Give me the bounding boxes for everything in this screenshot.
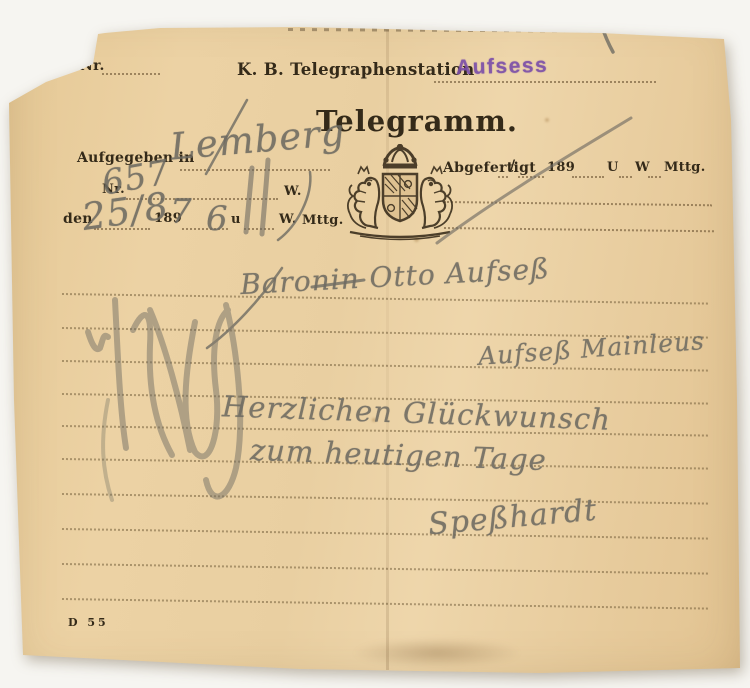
- handwritten-message-line-2: zum heutigen Tage: [249, 433, 547, 477]
- date-fill-line-3: [244, 227, 274, 230]
- dispatch-fill-b: [518, 175, 544, 178]
- ruled-line: [62, 597, 708, 610]
- bottom-stain: [352, 638, 522, 668]
- origin-fill-line: [180, 168, 330, 171]
- fox-spot: [545, 118, 549, 122]
- ruled-line: [62, 527, 708, 540]
- dispatch-u-label: U: [607, 160, 619, 175]
- dispatch-line-1: [444, 200, 712, 206]
- perforation-edge: [288, 28, 660, 33]
- station-fill-line: [434, 80, 656, 83]
- date-m-label: W.: [279, 212, 297, 227]
- handwritten-origin-city: Lemberg: [168, 110, 347, 168]
- form-code: D 55: [68, 616, 109, 629]
- dispatch-line-2: [444, 226, 714, 232]
- dispatch-slash: /: [510, 158, 515, 174]
- station-label: K. B. Telegraphenstation: [237, 60, 475, 79]
- ruled-line: [62, 292, 708, 305]
- ruled-line: [62, 492, 708, 505]
- station-name-stamp: Aufsess: [456, 54, 549, 80]
- dispatch-m-label: W: [635, 160, 650, 175]
- corner-slash-mark: [601, 24, 613, 52]
- dispatch-mttg-label: Mttg.: [664, 160, 706, 175]
- coat-of-arms: [336, 144, 464, 244]
- form-number-label: Nr.: [80, 58, 105, 74]
- dispatch-fill-e: [648, 175, 661, 178]
- dispatch-year-prefix: 189: [547, 160, 575, 175]
- dispatch-fill-c: [572, 175, 604, 178]
- scanned-telegram-document: Nr. K. B. Telegraphenstation Aufsess Tel…: [0, 0, 750, 688]
- words-label: W.: [284, 184, 302, 199]
- handwritten-hour: 6: [206, 199, 229, 239]
- dispatch-fill-a: [498, 175, 508, 178]
- lemberg-descender: [278, 172, 310, 240]
- form-number-line: [102, 72, 160, 75]
- handwritten-date-day: 25/8: [79, 184, 171, 239]
- ruled-line: [62, 562, 708, 575]
- handwritten-year-digit: 7: [170, 192, 193, 232]
- telegram-paper: Nr. K. B. Telegraphenstation Aufsess Tel…: [0, 0, 750, 688]
- paper-shadow-wrap: Nr. K. B. Telegraphenstation Aufsess Tel…: [0, 0, 750, 688]
- document-title: Telegramm.: [316, 104, 518, 138]
- dispatch-fill-d: [619, 175, 632, 178]
- handwritten-recipient: Baronin Otto Aufseß: [239, 252, 550, 301]
- date-u-label: u: [231, 212, 241, 227]
